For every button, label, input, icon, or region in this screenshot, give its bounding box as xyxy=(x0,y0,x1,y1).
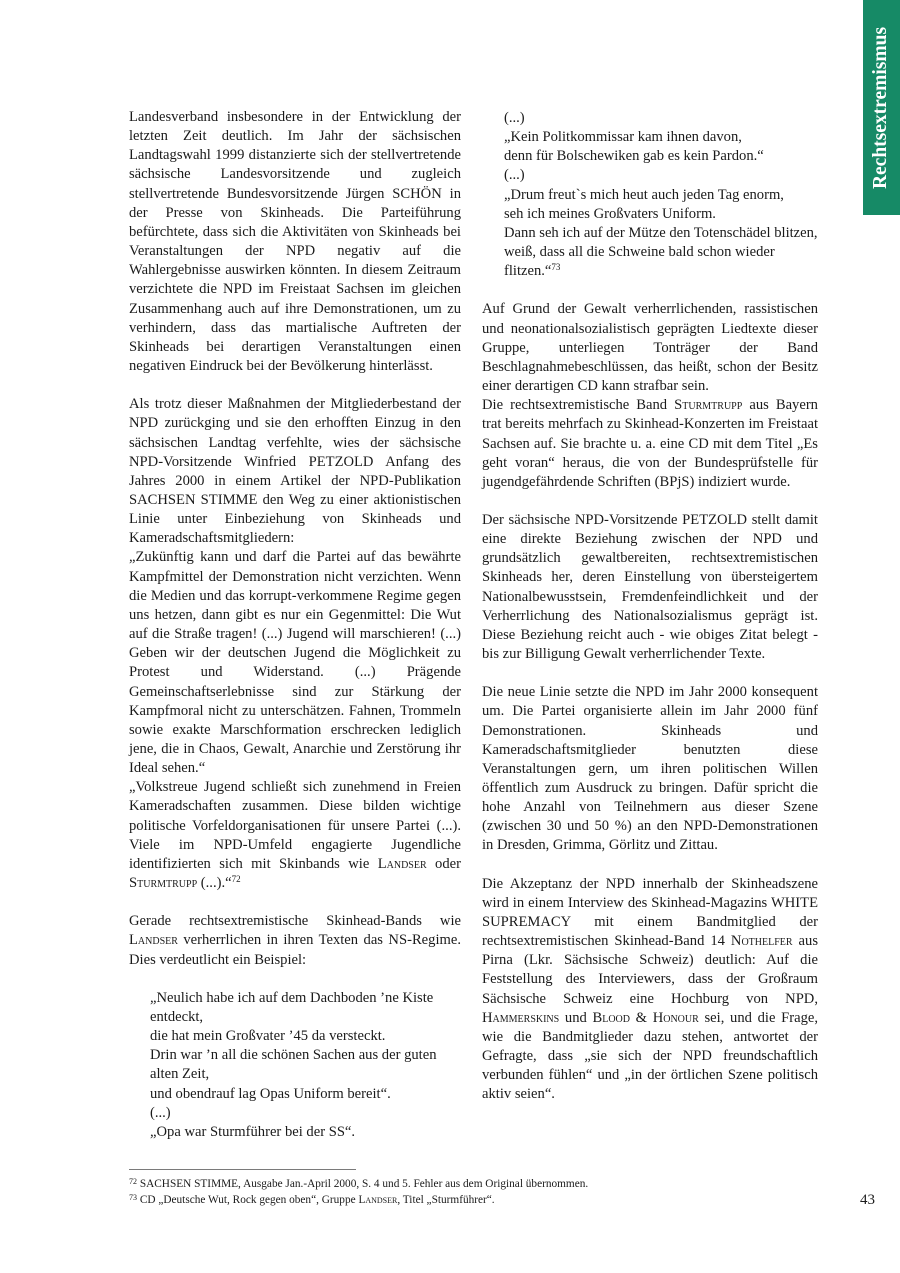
footnote-72: 72 SACHSEN STIMME, Ausgabe Jan.-April 20… xyxy=(129,1176,588,1192)
quote: „Volkstreue Jugend schließt sich zunehme… xyxy=(129,778,461,893)
band-name: Sturmtrupp xyxy=(129,875,197,891)
verse-line: weiß, dass all die Schweine bald schon w… xyxy=(504,243,818,281)
right-column: (...) „Kein Politkommissar kam ihnen dav… xyxy=(482,109,818,1105)
page-number: 43 xyxy=(860,1192,875,1209)
paragraph: Landesverband insbesondere in der Entwic… xyxy=(129,108,461,376)
paragraph: Auf Grund der Gewalt verherrlichenden, r… xyxy=(482,300,818,396)
verse-line: denn für Bolschewiken gab es kein Pardon… xyxy=(504,147,818,166)
lyrics-excerpt: (...) „Kein Politkommissar kam ihnen dav… xyxy=(482,109,818,281)
section-tab: Rechtsextremismus xyxy=(863,0,900,215)
verse-line: „Neulich habe ich auf dem Dachboden ’ne … xyxy=(150,989,461,1027)
organization-name: Blood & Honour xyxy=(592,1010,698,1026)
left-column: Landesverband insbesondere in der Entwic… xyxy=(129,108,461,1142)
organization-name: Hammerskins xyxy=(482,1010,559,1026)
quote: „Zukünftig kann und darf die Partei auf … xyxy=(129,548,461,778)
verse-line: (...) xyxy=(504,166,818,185)
paragraph: Der sächsische NPD-Vorsitzende PETZOLD s… xyxy=(482,511,818,664)
verse-line: die hat mein Großvater ’45 da versteckt. xyxy=(150,1027,461,1046)
verse-line: „Kein Politkommissar kam ihnen davon, xyxy=(504,128,818,147)
footnote-divider xyxy=(129,1169,356,1170)
paragraph: Als trotz dieser Maßnahmen der Mitgliede… xyxy=(129,395,461,548)
band-name: Sturmtrupp xyxy=(674,397,742,413)
band-name: Landser xyxy=(358,1194,397,1206)
verse-line: Dann seh ich auf der Mütze den Totenschä… xyxy=(504,224,818,243)
lyrics-excerpt: „Neulich habe ich auf dem Dachboden ’ne … xyxy=(129,989,461,1142)
verse-line: und obendrauf lag Opas Uniform bereit“. xyxy=(150,1085,461,1104)
verse-line: (...) xyxy=(150,1104,461,1123)
footnote-ref[interactable]: 72 xyxy=(232,874,241,884)
paragraph: Gerade rechtsextremistische Skinhead-Ban… xyxy=(129,912,461,969)
verse-line: seh ich meines Großvaters Uniform. xyxy=(504,205,818,224)
footnotes: 72 SACHSEN STIMME, Ausgabe Jan.-April 20… xyxy=(129,1176,588,1208)
verse-line: „Drum freut`s mich heut auch jeden Tag e… xyxy=(504,186,818,205)
footnote-ref[interactable]: 73 xyxy=(551,262,560,272)
band-name: Nothelfer xyxy=(731,933,793,949)
footnote-73: 73 CD „Deutsche Wut, Rock gegen oben“, G… xyxy=(129,1192,588,1208)
band-name: Landser xyxy=(129,932,178,948)
paragraph: Die Akzeptanz der NPD innerhalb der Skin… xyxy=(482,875,818,1105)
verse-line: Drin war ’n all die schönen Sachen aus d… xyxy=(150,1046,461,1084)
verse-line: „Opa war Sturmführer bei der SS“. xyxy=(150,1123,461,1142)
verse-line: (...) xyxy=(504,109,818,128)
section-tab-label: Rechtsextremismus xyxy=(871,26,893,188)
band-name: Landser xyxy=(378,856,427,872)
paragraph: Die neue Linie setzte die NPD im Jahr 20… xyxy=(482,683,818,855)
paragraph: Die rechtsextremistische Band Sturmtrupp… xyxy=(482,396,818,492)
